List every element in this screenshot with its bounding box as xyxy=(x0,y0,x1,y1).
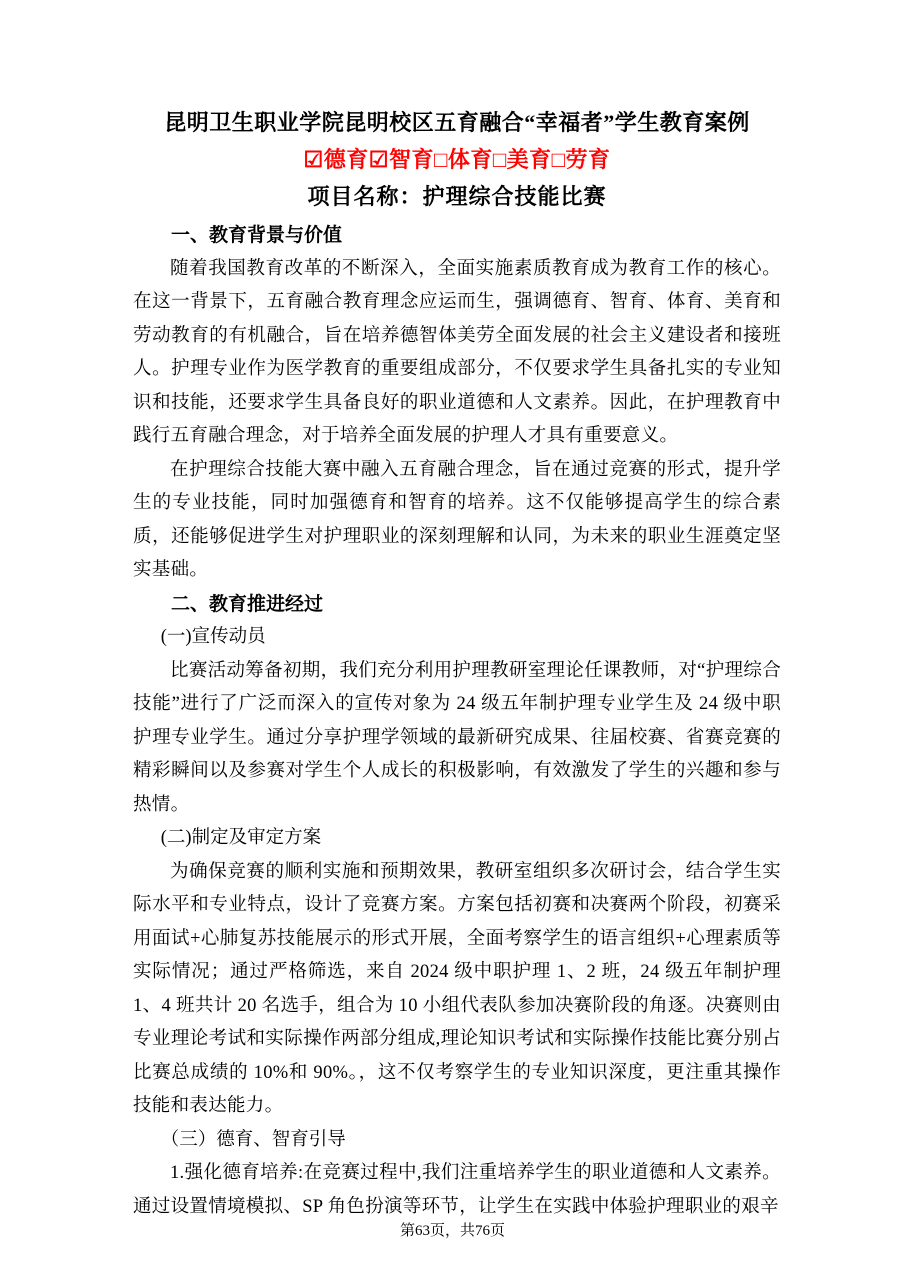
subsection-heading-mobilization: (一)宣传动员 xyxy=(133,621,781,655)
category-label-meiyu: 美育 xyxy=(507,147,552,172)
paragraph-mobilization: 比赛活动筹备初期，我们充分利用护理教研室理论任课教师，对“护理综合技能”进行了广… xyxy=(133,655,781,823)
unchecked-checkbox-icon: □ xyxy=(434,147,448,172)
document-content: 昆明卫生职业学院昆明校区五育融合“幸福者”学生教育案例 ☑德育☑智育□体育□美育… xyxy=(133,104,781,1224)
category-label-zhiyu: 智育 xyxy=(389,147,434,172)
category-item-tiyu: □体育 xyxy=(434,147,493,172)
category-label-tiyu: 体育 xyxy=(448,147,493,172)
paragraph-background-2: 在护理综合技能大赛中融入五育融合理念，旨在通过竞赛的形式，提升学生的专业技能，同… xyxy=(133,454,781,588)
checked-checkbox-icon: ☑ xyxy=(304,147,324,172)
paragraph-plan: 为确保竞赛的顺利实施和预期效果，教研室组织多次研讨会，结合学生实际水平和专业特点… xyxy=(133,856,781,1124)
category-item-laoyu: □劳育 xyxy=(552,147,611,172)
category-label-deyu: 德育 xyxy=(324,147,369,172)
project-name-line: 项目名称：护理综合技能比赛 xyxy=(133,178,781,215)
unchecked-checkbox-icon: □ xyxy=(552,147,566,172)
category-item-zhiyu: ☑智育 xyxy=(369,147,434,172)
section-heading-process: 二、教育推进经过 xyxy=(133,588,781,622)
category-checkbox-line: ☑德育☑智育□体育□美育□劳育 xyxy=(133,141,781,178)
category-label-laoyu: 劳育 xyxy=(565,147,610,172)
category-item-meiyu: □美育 xyxy=(493,147,552,172)
page-number-footer: 第63页，共76页 xyxy=(0,1219,905,1240)
subsection-heading-guidance: （三）德育、智育引导 xyxy=(133,1124,781,1158)
document-page: 昆明卫生职业学院昆明校区五育融合“幸福者”学生教育案例 ☑德育☑智育□体育□美育… xyxy=(0,0,905,1280)
document-title: 昆明卫生职业学院昆明校区五育融合“幸福者”学生教育案例 xyxy=(133,104,781,141)
subsection-heading-plan: (二)制定及审定方案 xyxy=(133,822,781,856)
paragraph-background-1: 随着我国教育改革的不断深入，全面实施素质教育成为教育工作的核心。在这一背景下，五… xyxy=(133,253,781,454)
checked-checkbox-icon: ☑ xyxy=(369,147,389,172)
category-item-deyu: ☑德育 xyxy=(304,147,369,172)
section-heading-background-value: 一、教育背景与价值 xyxy=(133,219,781,253)
unchecked-checkbox-icon: □ xyxy=(493,147,507,172)
paragraph-guidance: 1.强化德育培养:在竞赛过程中,我们注重培养学生的职业道德和人文素养。通过设置情… xyxy=(133,1157,781,1224)
